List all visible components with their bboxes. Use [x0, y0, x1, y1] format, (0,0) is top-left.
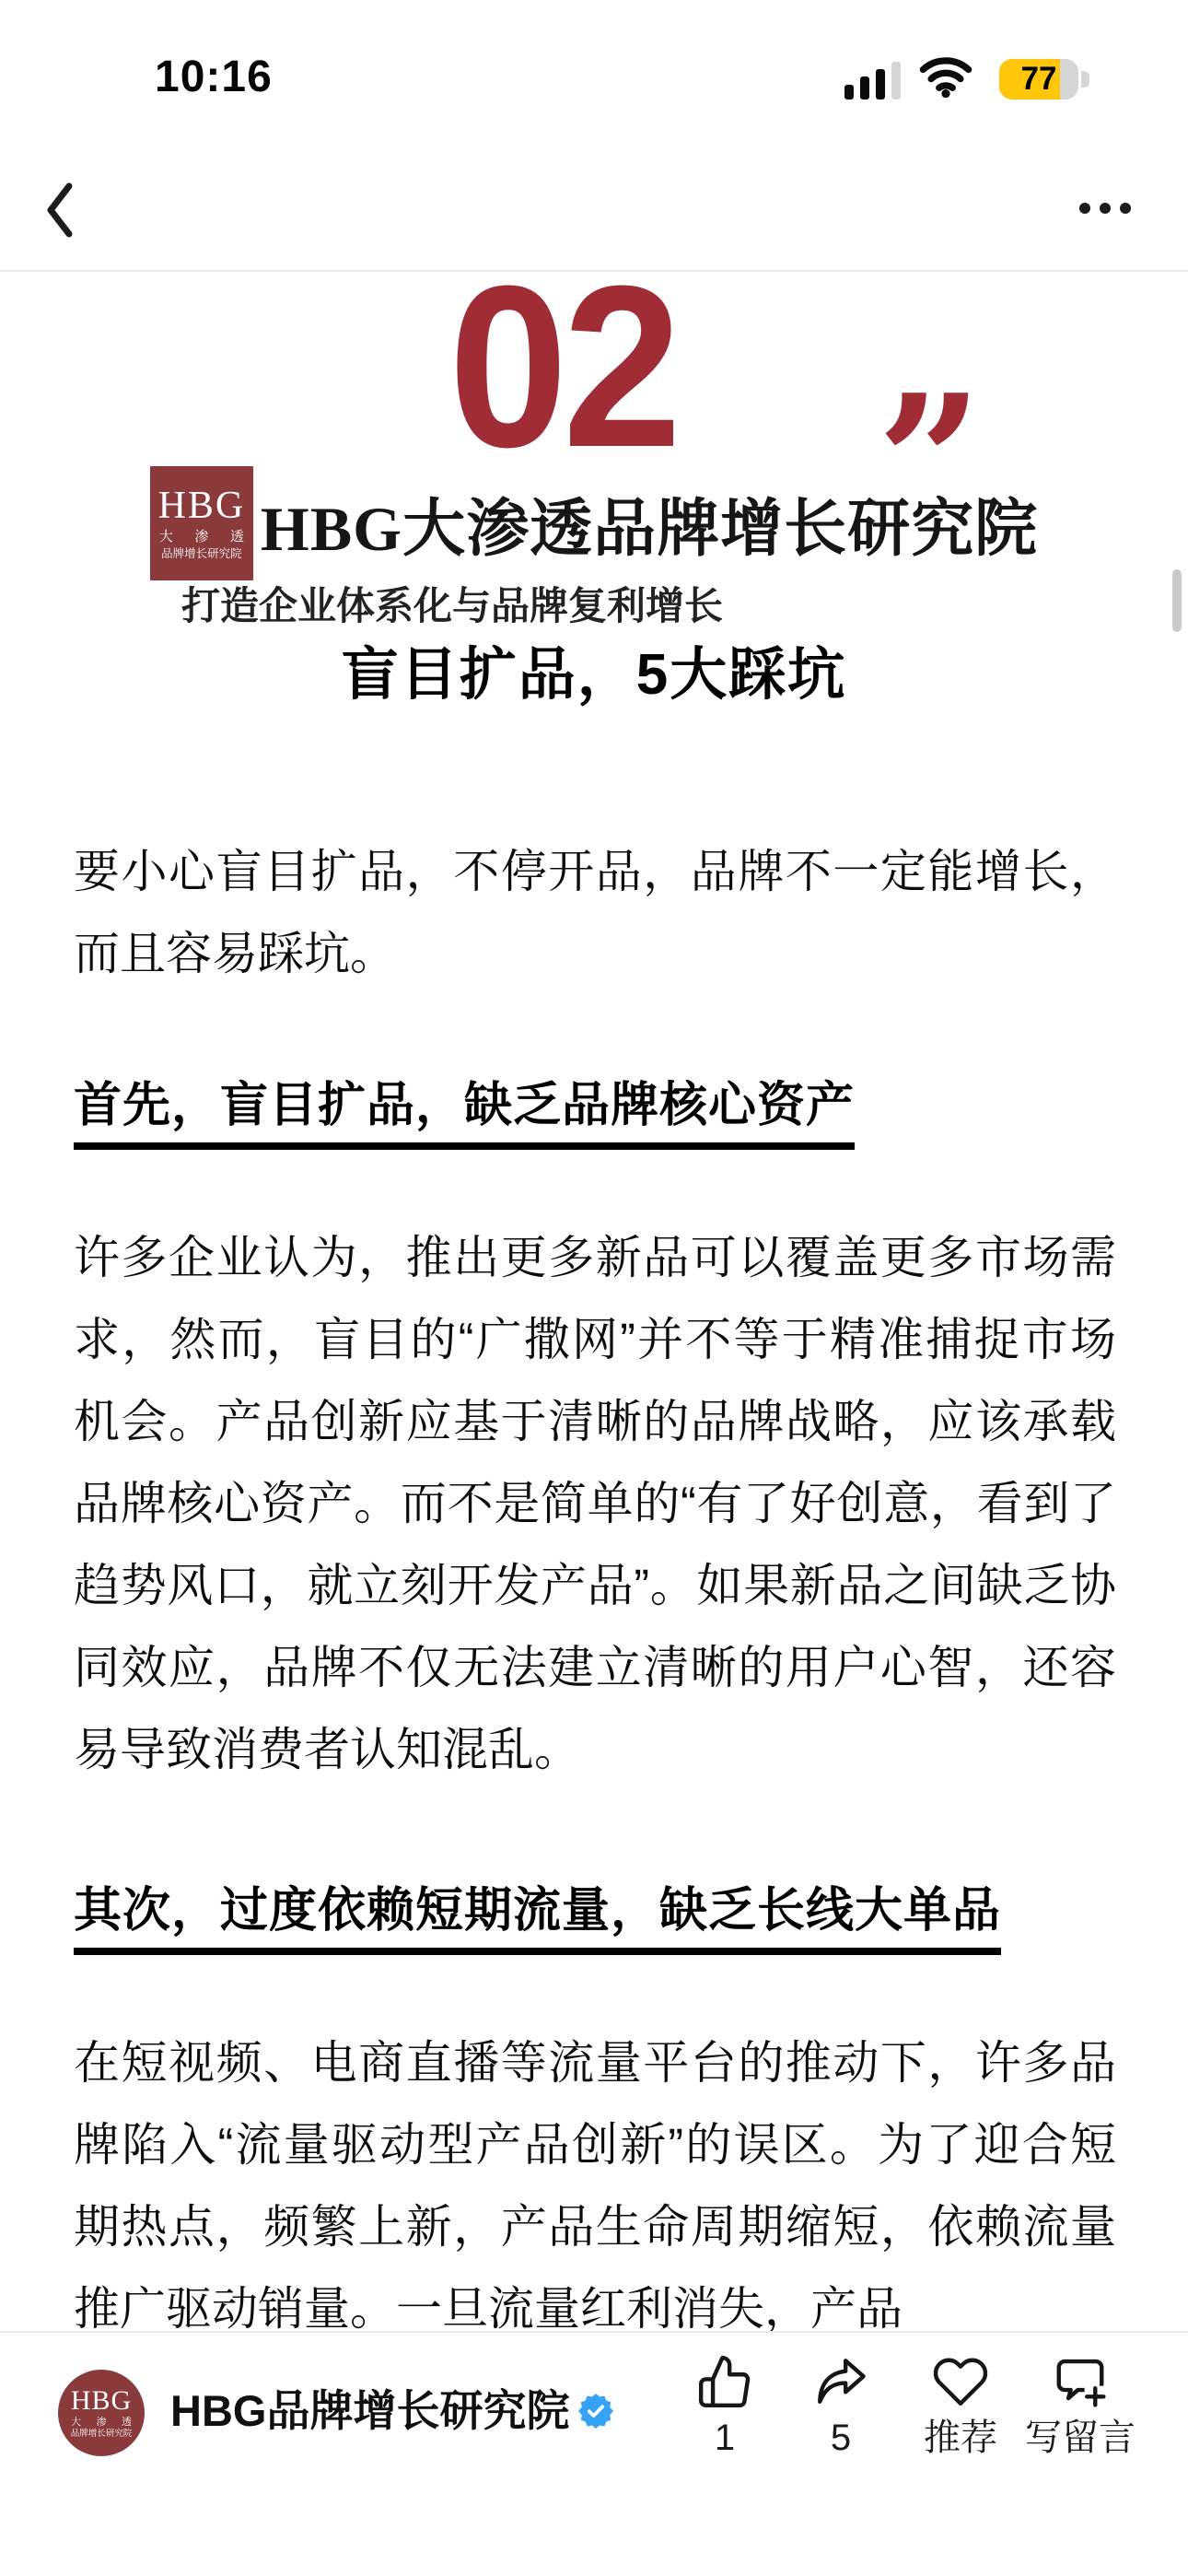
logo-subline1: 大渗透: [159, 527, 244, 546]
article-heading: 盲目扩品，5大踩坑: [0, 643, 1188, 708]
like-count: 1: [715, 2416, 735, 2460]
chevron-left-icon: [44, 181, 74, 239]
battery-tip: [1081, 71, 1089, 88]
avatar-subline2: 品牌增长研究院: [71, 2429, 133, 2440]
hbg-logo: HBG 大渗透 品牌增长研究院: [150, 466, 253, 580]
wifi-icon: [919, 55, 973, 98]
heart-icon: [932, 2353, 989, 2410]
more-options-button[interactable]: [1079, 203, 1131, 214]
subheading-1: 首先，盲目扩品，缺乏品牌核心资产: [74, 1078, 855, 1150]
paragraph: 要小心盲目扩品，不停开品，品牌不一定能增长，而且容易踩坑。: [74, 831, 1116, 995]
account-name-row[interactable]: HBG品牌增长研究院: [170, 2384, 613, 2438]
share-arrow-icon: [812, 2353, 869, 2410]
logo-acronym: HBG: [158, 485, 246, 527]
verified-badge-icon: [578, 2394, 613, 2429]
account-avatar[interactable]: HBG 大渗透 品牌增长研究院: [58, 2370, 145, 2456]
footer-bar: HBG 大渗透 品牌增长研究院 HBG品牌增长研究院 1 5: [0, 2331, 1188, 2576]
logo-subline2: 品牌增长研究院: [161, 546, 242, 562]
comment-bubble-icon: [1052, 2353, 1109, 2410]
brand-row: HBG 大渗透 品牌增长研究院 HBG大渗透品牌增长研究院: [0, 466, 1188, 580]
paragraph: 在短视频、电商直播等流量平台的推动下，许多品牌陷入“流量驱动型产品创新”的误区。…: [74, 2022, 1116, 2350]
share-button[interactable]: 5: [772, 2353, 910, 2460]
brand-title: HBG大渗透品牌增长研究院: [261, 479, 1038, 568]
screen: 10:16 77 02 ” HBG 大渗透 品牌增长研究院 HB: [0, 0, 1188, 2576]
dot-icon: [1079, 203, 1090, 214]
avatar-acronym: HBG: [71, 2386, 132, 2416]
dot-icon: [1100, 203, 1111, 214]
avatar-subline1: 大渗透: [71, 2416, 132, 2429]
thumbs-up-icon: [696, 2353, 753, 2410]
comment-button[interactable]: 写留言: [1011, 2353, 1149, 2460]
scrollbar-thumb[interactable]: [1172, 569, 1182, 632]
subheading-2: 其次，过度依赖短期流量，缺乏长线大单品: [74, 1883, 1001, 1955]
comment-label: 写留言: [1025, 2416, 1136, 2460]
share-count: 5: [831, 2416, 851, 2460]
status-time: 10:16: [155, 52, 273, 102]
battery-icon: 77: [999, 59, 1078, 100]
account-name: HBG品牌增长研究院: [170, 2384, 569, 2438]
cellular-signal-icon: [844, 61, 901, 100]
brand-tagline: 打造企业体系化与品牌复利增长: [181, 584, 979, 630]
paragraph: 许多企业认为，推出更多新品可以覆盖更多市场需求，然而，盲目的“广撒网”并不等于精…: [74, 1217, 1116, 1791]
battery-percent: 77: [999, 59, 1078, 100]
dot-icon: [1120, 203, 1131, 214]
back-button[interactable]: [44, 181, 81, 240]
recommend-label: 推荐: [924, 2416, 997, 2460]
recommend-button[interactable]: 推荐: [891, 2353, 1030, 2460]
